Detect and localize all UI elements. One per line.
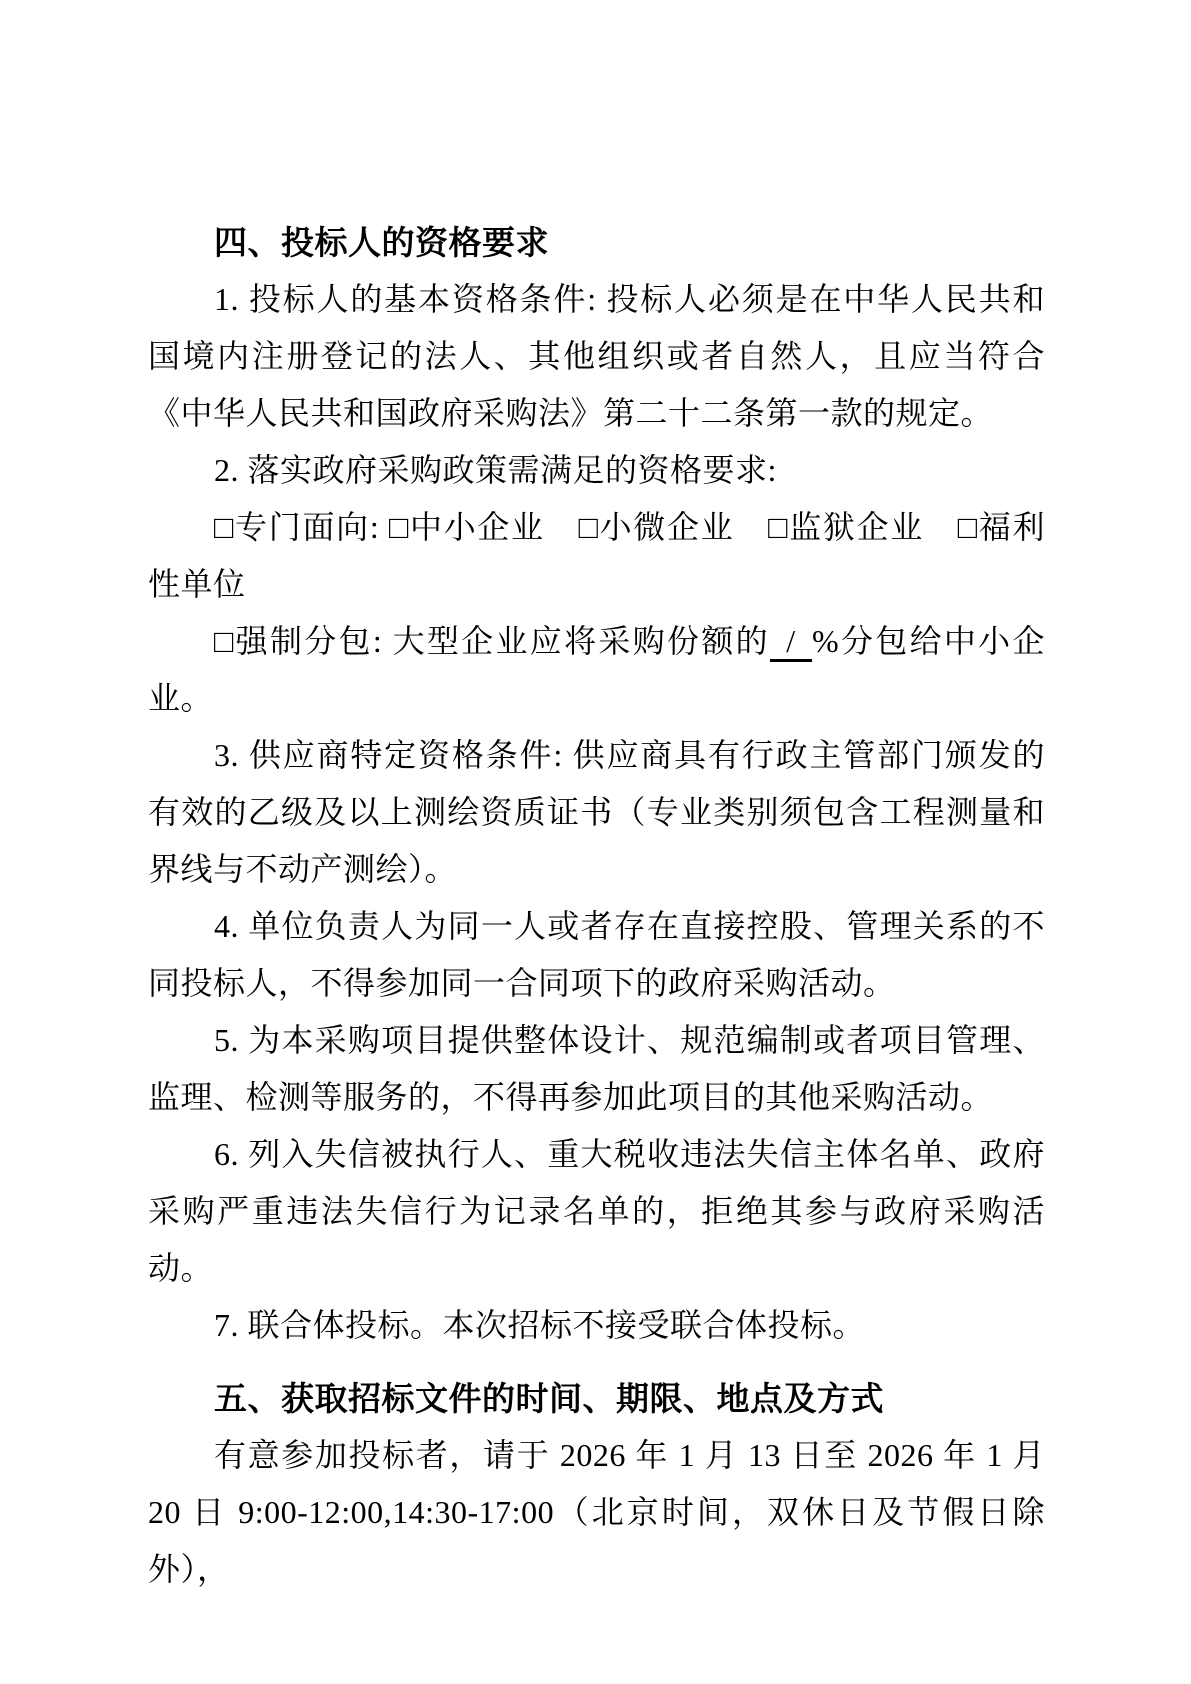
subcontract-percentage-blank: / (770, 623, 812, 662)
para-design-services-restriction: 5. 为本采购项目提供整体设计、规范编制或者项目管理、监理、检测等服务的，不得再… (148, 1012, 1045, 1126)
para-supplier-specific-qualification: 3. 供应商特定资格条件: 供应商具有行政主管部门颁发的有效的乙级及以上测绘资质… (148, 727, 1045, 898)
section-4-heading: 四、投标人的资格要求 (148, 214, 1045, 271)
para-policy-requirements: 2. 落实政府采购政策需满足的资格要求: (148, 442, 1045, 499)
para-consortium-bidding: 7. 联合体投标。本次招标不接受联合体投标。 (148, 1297, 1045, 1354)
para-obtain-documents-time: 有意参加投标者，请于 2026 年 1 月 13 日至 2026 年 1 月 2… (148, 1427, 1045, 1598)
para-same-responsible-person: 4. 单位负责人为同一人或者存在直接控股、管理关系的不同投标人，不得参加同一合同… (148, 898, 1045, 1012)
para-basic-qualification: 1. 投标人的基本资格条件: 投标人必须是在中华人民共和国境内注册登记的法人、其… (148, 271, 1045, 442)
para-dishonest-list-restriction: 6. 列入失信被执行人、重大税收违法失信主体名单、政府采购严重违法失信行为记录名… (148, 1126, 1045, 1297)
para-targeted-checkboxes: □专门面向: □中小企业 □小微企业 □监狱企业 □福利性单位 (148, 499, 1045, 613)
forced-subcontract-text-before: □强制分包: 大型企业应将采购份额的 (214, 623, 770, 659)
section-5-heading: 五、获取招标文件的时间、期限、地点及方式 (148, 1370, 1045, 1427)
document-page: 四、投标人的资格要求 1. 投标人的基本资格条件: 投标人必须是在中华人民共和国… (0, 0, 1191, 1684)
document-content: 四、投标人的资格要求 1. 投标人的基本资格条件: 投标人必须是在中华人民共和国… (148, 214, 1045, 1598)
para-forced-subcontract: □强制分包: 大型企业应将采购份额的 / %分包给中小企业。 (148, 613, 1045, 727)
